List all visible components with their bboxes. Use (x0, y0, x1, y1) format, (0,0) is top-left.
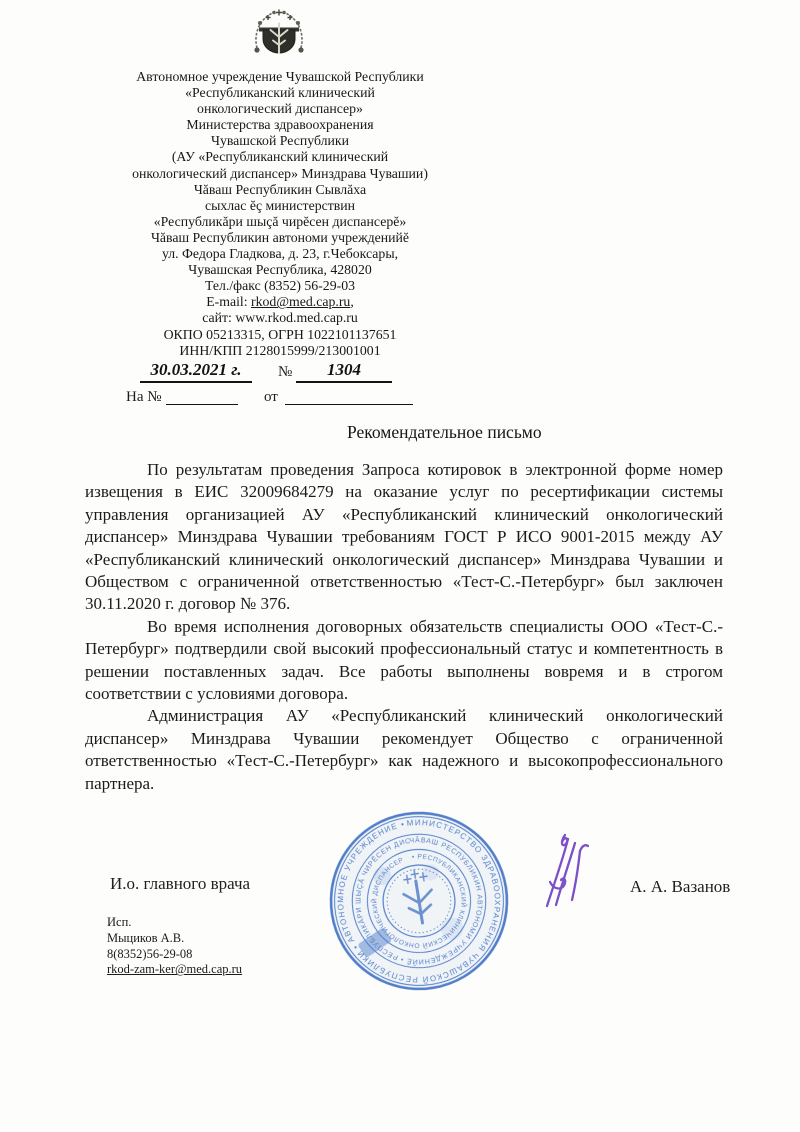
letterhead-line: Чăваш Республикин Сывлăха (40, 182, 520, 198)
letter-body: По результатам проведения Запроса котиро… (85, 459, 723, 795)
letterhead-line: ул. Федора Гладкова, д. 23, г.Чебоксары, (40, 246, 520, 262)
letterhead-email-link: rkod@med.cap.ru (251, 294, 350, 309)
letterhead-line: Автономное учреждение Чувашской Республи… (40, 69, 520, 85)
document-date: 30.03.2021 г. (140, 360, 252, 383)
letterhead-line: Чувашская Республика, 428020 (40, 262, 520, 278)
document-page: Автономное учреждение Чувашской Республи… (0, 0, 800, 1132)
letterhead-line: онкологический диспансер» Минздрава Чува… (40, 166, 520, 182)
letterhead-line: Чувашской Республики (40, 133, 520, 149)
letterhead-site-line: сайт: www.rkod.med.cap.ru (40, 310, 520, 326)
executor-phone: 8(8352)56-29-08 (107, 947, 242, 963)
executor-name: Мыциков А.В. (107, 931, 242, 947)
letterhead-okpo-line: ОКПО 05213315, ОГРН 1022101137651 (40, 327, 520, 343)
number-sign-label: № (278, 364, 292, 381)
letterhead: Автономное учреждение Чувашской Республи… (40, 69, 520, 359)
letterhead-line: Чăваш Республикин автономи учрежденийĕ (40, 230, 520, 246)
chuvashia-coat-of-arms-icon (249, 8, 309, 66)
handwritten-signature (537, 831, 589, 911)
paragraph: Администрация АУ «Республиканский клинич… (85, 705, 723, 795)
signer-name: А. А. Вазанов (630, 877, 730, 897)
official-stamp: МИНИСТЕРСТВО ЗДРАВООХРАНЕНИЯ ЧУВАШСКОЙ Р… (315, 797, 523, 1005)
letterhead-line: онкологический диспансер» (40, 101, 520, 117)
letterhead-line: «Республиканский клинический (40, 85, 520, 101)
letterhead-line: сыхлас ĕç министерствин (40, 198, 520, 214)
email-label: E-mail: (206, 294, 251, 309)
email-suffix: , (350, 294, 353, 309)
incoming-number-label: На № (126, 389, 162, 406)
letterhead-inn-line: ИНН/КПП 2128015999/213001001 (40, 343, 520, 359)
paragraph: По результатам проведения Запроса котиро… (85, 459, 723, 616)
from-label: от (264, 389, 278, 406)
blank-underline (285, 389, 413, 405)
letterhead-line: «Республикăри шыçă чирĕсен диспансерĕ» (40, 214, 520, 230)
executor-block: Исп. Мыциков А.В. 8(8352)56-29-08 rkod-z… (107, 915, 242, 978)
document-title: Рекомендательное письмо (347, 422, 542, 443)
letterhead-line: (АУ «Республиканский клинический (40, 149, 520, 165)
signer-position: И.о. главного врача (110, 874, 250, 894)
blank-underline (166, 389, 238, 405)
document-number: 1304 (296, 360, 392, 383)
executor-email: rkod-zam-ker@med.cap.ru (107, 962, 242, 978)
executor-label: Исп. (107, 915, 242, 931)
letterhead-email-line: E-mail: rkod@med.cap.ru, (40, 294, 520, 310)
letterhead-line: Министерства здравоохранения (40, 117, 520, 133)
paragraph: Во время исполнения договорных обязатель… (85, 616, 723, 706)
letterhead-line: Тел./факс (8352) 56-29-03 (40, 278, 520, 294)
